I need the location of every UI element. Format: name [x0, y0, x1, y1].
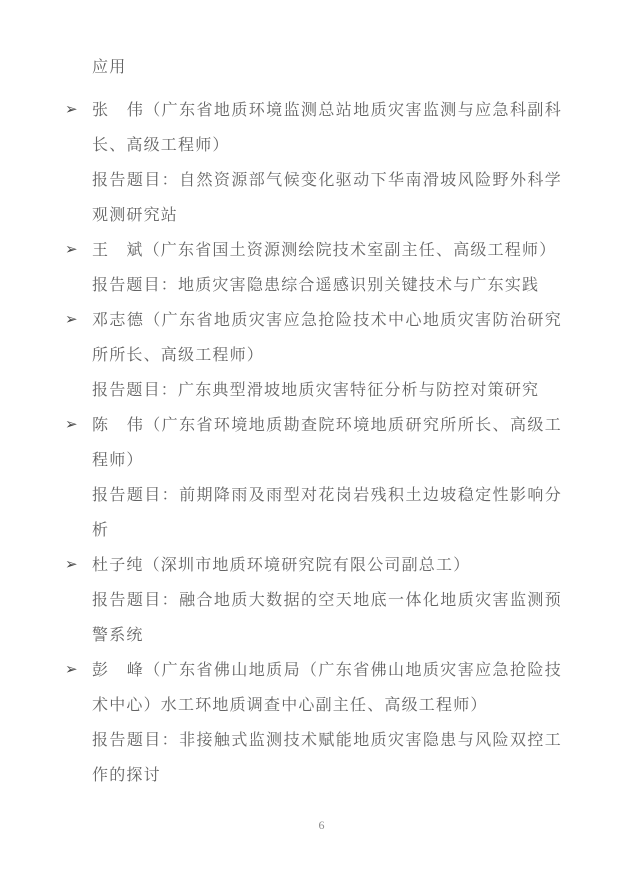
report-line: 报告题目：前期降雨及雨型对花岗岩残积土边坡稳定性影响分析: [92, 478, 562, 548]
bullet-arrow-icon: ➢: [65, 548, 89, 583]
bullet-arrow-icon: ➢: [65, 93, 89, 128]
continuation-text: 应用: [92, 50, 562, 85]
agenda-entry: ➢彭 峰（广东省佛山地质局（广东省佛山地质灾害应急抢险技术中心）水工环地质调查中…: [92, 653, 562, 793]
bullet-arrow-icon: ➢: [65, 233, 89, 268]
agenda-entry: ➢王 斌（广东省国土资源测绘院技术室副主任、高级工程师） 报告题目：地质灾害隐患…: [92, 233, 562, 303]
speaker-line: ➢张 伟（广东省地质环境监测总站地质灾害监测与应急科副科长、高级工程师）: [92, 93, 562, 163]
speaker-affiliation: （广东省国土资源测绘院技术室副主任、高级工程师）: [144, 242, 557, 259]
report-label: 报告题目：: [92, 172, 179, 189]
speaker-affiliation: （深圳市地质环境研究院有限公司副总工）: [144, 557, 471, 574]
agenda-entry: ➢杜子纯（深圳市地质环境研究院有限公司副总工） 报告题目：融合地质大数据的空天地…: [92, 548, 562, 653]
speaker-name: 杜子纯: [92, 557, 144, 574]
bullet-arrow-icon: ➢: [65, 408, 89, 443]
speaker-name: 张 伟: [92, 102, 144, 119]
report-title: 地质灾害隐患综合遥感识别关键技术与广东实践: [178, 277, 539, 294]
speaker-line: ➢王 斌（广东省国土资源测绘院技术室副主任、高级工程师）: [92, 233, 562, 268]
bullet-arrow-icon: ➢: [65, 303, 89, 338]
agenda-entry: ➢张 伟（广东省地质环境监测总站地质灾害监测与应急科副科长、高级工程师） 报告题…: [92, 93, 562, 233]
report-line: 报告题目：非接触式监测技术赋能地质灾害隐患与风险双控工作的探讨: [92, 723, 562, 793]
speaker-name: 王 斌: [92, 242, 144, 259]
report-line: 报告题目：地质灾害隐患综合遥感识别关键技术与广东实践: [92, 268, 562, 303]
speaker-affiliation: （广东省地质灾害应急抢险技术中心地质灾害防治研究所所长、高级工程师）: [92, 312, 562, 364]
speaker-name: 彭 峰: [92, 662, 144, 679]
bullet-arrow-icon: ➢: [65, 653, 89, 688]
report-line: 报告题目：融合地质大数据的空天地底一体化地质灾害监测预警系统: [92, 583, 562, 653]
speaker-affiliation: （广东省环境地质勘查院环境地质研究所所长、高级工程师）: [92, 417, 562, 469]
speaker-affiliation: （广东省地质环境监测总站地质灾害监测与应急科副科长、高级工程师）: [92, 102, 562, 154]
speaker-line: ➢彭 峰（广东省佛山地质局（广东省佛山地质灾害应急抢险技术中心）水工环地质调查中…: [92, 653, 562, 723]
report-line: 报告题目：广东典型滑坡地质灾害特征分析与防控对策研究: [92, 373, 562, 408]
report-label: 报告题目：: [92, 382, 178, 399]
report-label: 报告题目：: [92, 277, 178, 294]
report-title: 广东典型滑坡地质灾害特征分析与防控对策研究: [178, 382, 539, 399]
agenda-entry: ➢陈 伟（广东省环境地质勘查院环境地质研究所所长、高级工程师） 报告题目：前期降…: [92, 408, 562, 548]
speaker-line: ➢杜子纯（深圳市地质环境研究院有限公司副总工）: [92, 548, 562, 583]
page-number: 6: [0, 816, 643, 834]
agenda-entry: ➢邓志德（广东省地质灾害应急抢险技术中心地质灾害防治研究所所长、高级工程师） 报…: [92, 303, 562, 408]
speaker-line: ➢陈 伟（广东省环境地质勘查院环境地质研究所所长、高级工程师）: [92, 408, 562, 478]
speaker-name: 陈 伟: [92, 417, 144, 434]
program-list: 应用 ➢张 伟（广东省地质环境监测总站地质灾害监测与应急科副科长、高级工程师） …: [92, 50, 562, 793]
report-label: 报告题目：: [92, 487, 179, 504]
report-label: 报告题目：: [92, 592, 179, 609]
speaker-name: 邓志德: [92, 312, 144, 329]
report-line: 报告题目：自然资源部气候变化驱动下华南滑坡风险野外科学观测研究站: [92, 163, 562, 233]
report-label: 报告题目：: [92, 732, 179, 749]
speaker-line: ➢邓志德（广东省地质灾害应急抢险技术中心地质灾害防治研究所所长、高级工程师）: [92, 303, 562, 373]
speaker-affiliation: （广东省佛山地质局（广东省佛山地质灾害应急抢险技术中心）水工环地质调查中心副主任…: [92, 662, 562, 714]
